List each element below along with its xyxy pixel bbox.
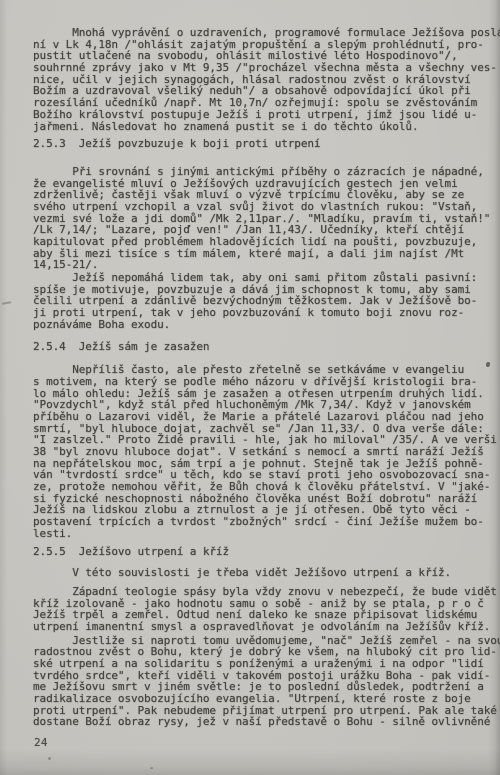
scan-artifact-dot: [150, 767, 153, 769]
text-line: aby šli mezi tisíce s tím málem, které m…: [33, 248, 500, 260]
text-column: Mnohá vyprávění o uzdraveních, programov…: [33, 27, 500, 728]
text-line: V této souvislosti je třeba vidět Ježíšo…: [33, 567, 500, 579]
heading-line: 2.5.4 Ježíš sám je zasažen: [33, 341, 500, 353]
text-line: příběhu o Lazarovi viděl, že Marie a přá…: [33, 411, 500, 423]
text-line: kapitulovat před problémem hladovějících…: [33, 236, 500, 248]
paragraph-2-5-3-b: Ježíš nepomáhá lidem tak, aby oni sami p…: [33, 272, 500, 330]
text-line: 14,15-21/.: [33, 259, 500, 271]
page-bottom-edge-shading: [0, 749, 500, 775]
text-line: Západní teologie spásy byla vždy znovu v…: [33, 586, 500, 598]
page-number: 24: [34, 736, 48, 749]
scan-artifact-dash: [2, 301, 11, 305]
intro-paragraph: Mnohá vyprávění o uzdraveních, programov…: [33, 27, 500, 132]
scan-artifact-dot: [48, 757, 51, 760]
text-line: svého utrpení vzchopil a vzal svůj život…: [33, 201, 500, 213]
text-line: s motivem, na který se podle mého názoru…: [33, 376, 500, 388]
text-line: Při srovnání s jinými antickými příběhy …: [33, 166, 500, 178]
section-heading-2-5-4: 2.5.4 Ježíš sám je zasažen: [33, 341, 500, 353]
paragraph-2-5-5-b: Západní teologie spásy byla vždy znovu v…: [33, 586, 500, 633]
text-line: Božího království postupuje Ježíš i prot…: [33, 109, 500, 121]
text-line: lesti.: [33, 528, 500, 540]
text-line: jařmeni. Následovat ho znamená pustit se…: [33, 121, 500, 133]
text-line: Ježíš nepomáhá lidem tak, aby oni sami p…: [33, 272, 500, 284]
text-line: poznáváme Boha exodu.: [33, 319, 500, 331]
paragraph-2-5-4: Nepříliš často, ale přesto zřetelně se s…: [33, 364, 500, 539]
text-line: utrpení imanentní smysl a ospravedlňovat…: [33, 621, 500, 633]
text-line: Mnohá vyprávění o uzdraveních, programov…: [33, 27, 500, 39]
page-left-edge-shading: [0, 0, 7, 775]
heading-line: 2.5.3 Ježíš povzbuzuje k boji proti utrp…: [33, 138, 500, 150]
heading-line: 2.5.5 Ježíšovo utrpení a kříž: [33, 546, 500, 558]
text-line: ze, protože nemohou věřit, že Bůh chová …: [33, 481, 500, 493]
text-line: radikalizace osvobozujícího evangelia. "…: [33, 693, 500, 705]
paragraph-2-5-3-a: Při srovnání s jinými antickými příběhy …: [33, 166, 500, 271]
paragraph-2-5-5-a: V této souvislosti je třeba vidět Ježíšo…: [33, 567, 500, 579]
scanned-book-page: Mnohá vyprávění o uzdraveních, programov…: [0, 0, 500, 775]
text-line: dostane Boží obraz rysy, jež v naší před…: [33, 716, 500, 728]
section-heading-2-5-3: 2.5.3 Ježíš povzbuzuje k boji proti utrp…: [33, 138, 500, 150]
text-line: postavení trpících a tvrdost "zbožných" …: [33, 516, 500, 528]
paragraph-2-5-5-c: Jestliže si naproti tomu uvědomujeme, "n…: [33, 635, 500, 729]
section-heading-2-5-5: 2.5.5 Ježíšovo utrpení a kříž: [33, 546, 500, 558]
text-line: souhrnné zprávy jako v Mt 9,35 /"procház…: [33, 62, 500, 74]
text-line: ské utrpení a na solidaritu s poníženými…: [33, 658, 500, 670]
text-line: 38 "byl znovu hluboce dojat". V setkání …: [33, 446, 500, 458]
